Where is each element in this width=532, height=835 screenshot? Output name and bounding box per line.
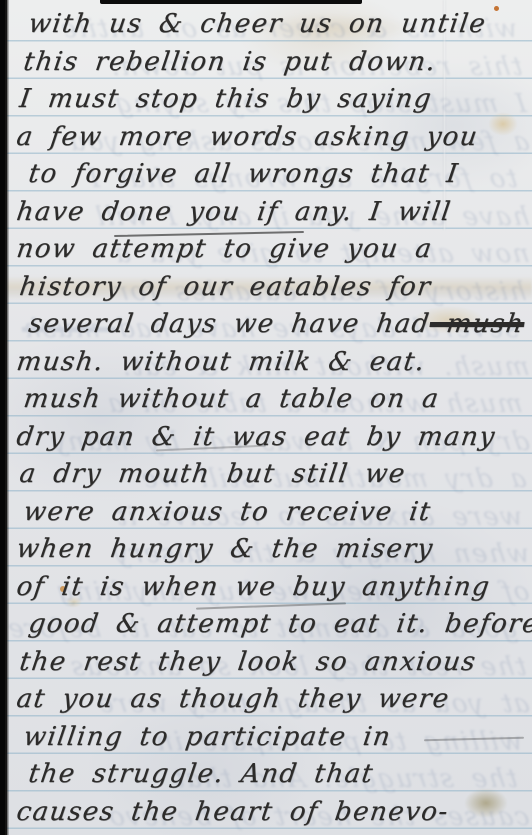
letter-line-text: a few more words asking you <box>15 122 481 152</box>
letter-line-text: to forgive all wrongs that I <box>27 159 461 189</box>
letter-line: the struggle. And that <box>14 756 532 794</box>
letter-line-text: the rest they look so anxious <box>18 647 479 677</box>
letter-line-text: good & attempt to eat it. before <box>27 609 532 639</box>
letter-line: several days we have had mush <box>14 306 532 344</box>
letter-line: now attempt to give you a <box>14 231 532 269</box>
letter-line-text: now attempt to give you a <box>15 234 435 264</box>
letter-line-text: dry pan & it was eat by many <box>15 422 498 452</box>
letter-line: history of our eatables for <box>14 269 532 307</box>
letter-line: causes the heart of benevo- <box>14 794 532 832</box>
letter-line: of it is when we buy anything <box>14 569 532 607</box>
letter-line: willing to participate in <box>14 719 532 757</box>
letter-line: good & attempt to eat it. before <box>14 606 532 644</box>
letter-line-text: have done you if any. I will <box>15 197 454 227</box>
letter-line: when hungry & the misery <box>14 531 532 569</box>
letter-line-text: several days we have had <box>27 309 432 339</box>
letter-line-text: causes the heart of benevo- <box>15 797 451 827</box>
letter-line: to forgive all wrongs that I <box>14 156 532 194</box>
letter-line-text: this rebellion is put down. <box>22 47 439 77</box>
letter-line: a few more words asking you <box>14 119 532 157</box>
letter-line: mush. without milk & eat. <box>14 344 532 382</box>
letter-line-text: history of our eatables for <box>18 272 434 302</box>
scan-edge-top <box>100 0 362 4</box>
letter-line-text: willing to participate in <box>22 722 394 752</box>
struck-out-word: mush <box>428 309 526 339</box>
letter-text: with us & cheer us on untilethis rebelli… <box>14 6 532 831</box>
letter-line-text: mush. without milk & eat. <box>15 347 428 377</box>
letter-line-text: were anxious to receive it <box>22 497 434 527</box>
letter-line: a dry mouth but still we <box>14 456 532 494</box>
letter-line: I must stop this by saying <box>14 81 532 119</box>
letter-line: were anxious to receive it <box>14 494 532 532</box>
letter-line: the rest they look so anxious <box>14 644 532 682</box>
letter-line: this rebellion is put down. <box>14 44 532 82</box>
letter-line: with us & cheer us on untile <box>14 6 532 44</box>
letter-line-text: of it is when we buy anything <box>15 572 493 602</box>
letter-line-text: the struggle. And that <box>27 759 376 789</box>
letter-line: at you as though they were <box>14 681 532 719</box>
letter-line: dry pan & it was eat by many <box>14 419 532 457</box>
letter-line-text: a dry mouth but still we <box>18 459 408 489</box>
letter-line-text: when hungry & the misery <box>15 534 436 564</box>
letter-line: have done you if any. I will <box>14 194 532 232</box>
letter-line-text: with us & cheer us on untile <box>27 9 489 39</box>
letter-line-text: at you as though they were <box>15 684 452 714</box>
letter-line: mush without a table on a <box>14 381 532 419</box>
scan-edge-left <box>0 0 9 835</box>
letter-paper: with us & cheer us on untilethis rebelli… <box>6 0 532 835</box>
letter-line-text: mush without a table on a <box>22 384 442 414</box>
scanned-letter-page: with us & cheer us on untilethis rebelli… <box>0 0 532 835</box>
letter-line-text: I must stop this by saying <box>18 84 435 114</box>
